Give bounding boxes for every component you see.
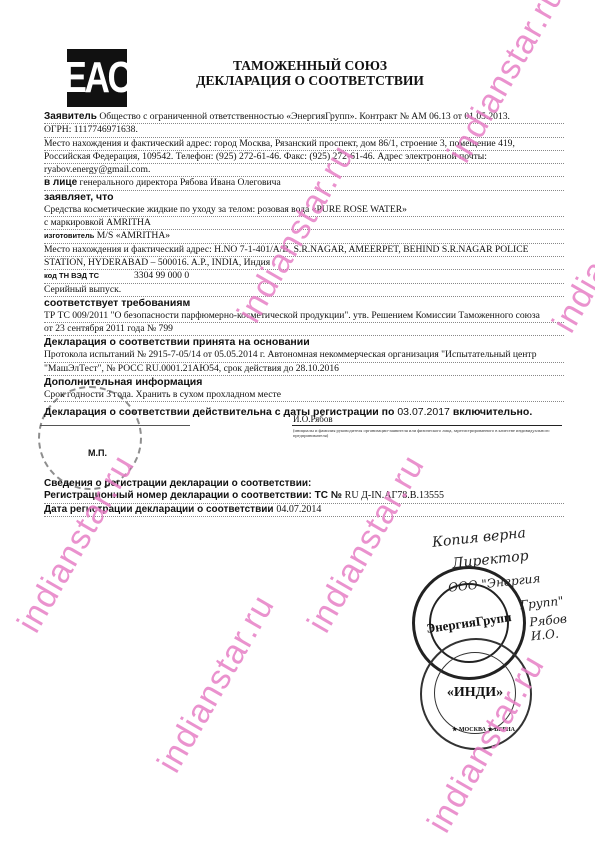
- person-text: генерального директора Рябова Ивана Олег…: [80, 177, 281, 188]
- serial-release: Серийный выпуск.: [44, 284, 564, 297]
- basis-line1: Протокола испытаний № 2915-7-05/14 от 05…: [44, 349, 564, 362]
- registration-date-value: 04.07.2014: [276, 504, 321, 515]
- applicant-address-2: Российская Федерация, 109542. Телефон: (…: [44, 151, 564, 164]
- handwritten-line4: Групп": [519, 594, 564, 612]
- signature-caption: (инициалы и фамилия руководителя организ…: [293, 428, 563, 438]
- person-label: в лице: [44, 177, 77, 188]
- basis-line2: "МашЭлТест", № РОСС RU.0001.21АЮ54, срок…: [44, 363, 564, 376]
- eac-logo-text: EAC: [63, 56, 130, 100]
- applicant-text: Общество с ограниченной ответственностью…: [99, 111, 510, 122]
- applicant-email: ryabov.energy@gmail.com.: [44, 164, 564, 177]
- declaration-body: Заявитель Общество с ограниченной ответс…: [44, 111, 564, 419]
- signatory-name: И.О.Рябов: [293, 414, 333, 424]
- tnved-value: 3304 99 000 0: [134, 270, 189, 281]
- declaration-page: EAC ТАМОЖЕННЫЙ СОЮЗ ДЕКЛАРАЦИЯ О СООТВЕТ…: [0, 0, 595, 842]
- additional-label: Дополнительная информация: [44, 376, 564, 389]
- watermark: indianstar.ru: [150, 588, 283, 779]
- tnved-label: код ТН ВЭД ТС: [44, 270, 134, 282]
- basis-label: Декларация о соответствии принята на осн…: [44, 336, 564, 349]
- document-title: ТАМОЖЕННЫЙ СОЮЗ ДЕКЛАРАЦИЯ О СООТВЕТСТВИ…: [170, 58, 450, 88]
- title-line1: ТАМОЖЕННЫЙ СОЮЗ: [170, 58, 450, 73]
- manufacturer-label: изготовитель: [44, 231, 94, 240]
- eac-logo: EAC: [67, 49, 127, 107]
- requirements-label: соответствует требованиям: [44, 297, 564, 310]
- registration-number-prefix: ТС №: [315, 490, 342, 501]
- handwritten-line1: Копия верна: [431, 525, 526, 551]
- validity-suffix: включительно.: [450, 406, 532, 418]
- signature-line-left: [40, 425, 190, 426]
- requirements-line1: ТР ТС 009/2011 "О безопасности парфюмерн…: [44, 310, 564, 323]
- applicant-label: Заявитель: [44, 111, 97, 122]
- handwritten-line5: Рябов И.О.: [529, 609, 595, 644]
- manufacturer-name: M/S «AMRITHA»: [97, 230, 170, 241]
- registration-date-line: Дата регистрации декларации о соответств…: [44, 504, 564, 517]
- validity-date: 03.07.2017: [397, 406, 450, 418]
- stamp1-text: ЭнергияГрупп: [425, 609, 512, 637]
- tnved-line: код ТН ВЭД ТС3304 99 000 0: [44, 270, 564, 283]
- requirements-line2: от 23 сентября 2011 года № 799: [44, 323, 564, 336]
- title-line2: ДЕКЛАРАЦИЯ О СООТВЕТСТВИИ: [170, 73, 450, 88]
- signature-line: [292, 425, 562, 426]
